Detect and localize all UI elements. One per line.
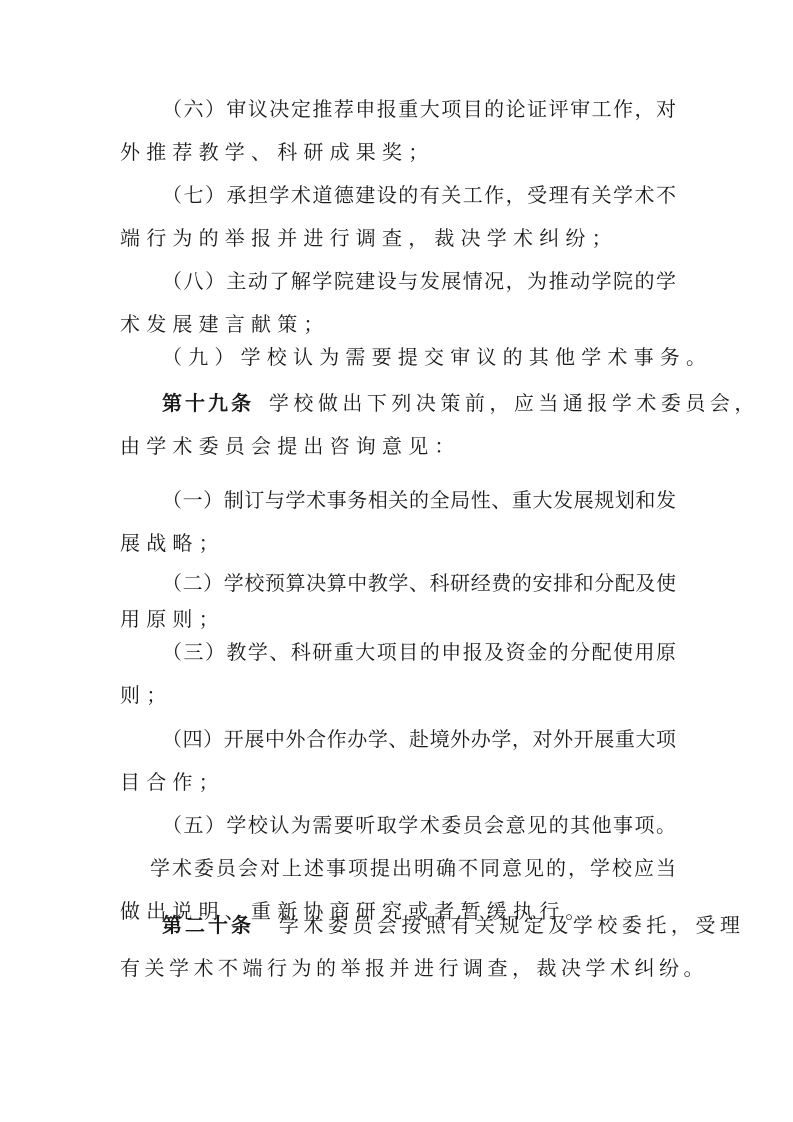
para-8-line-1: （八）主动了解学院建设与发展情况，为推动学院的学 [162,269,676,293]
item-1-line-2: 展战略； [120,531,676,555]
item-2-line-2: 用原则； [120,607,676,631]
response-line-1: 学术委员会对上述事项提出明确不同意见的，学校应当 [150,856,676,880]
para-6-line-2: 外推荐教学、科研成果奖； [120,140,676,164]
item-4-line-2: 目合作； [120,770,676,794]
article-20-line-1: 第二十条 学术委员会按照有关规定及学校委托，受理 [162,913,676,937]
para-8-line-2: 术发展建言献策； [120,312,676,336]
item-5-line-1: （五）学校认为需要听取学术委员会意见的其他事项。 [162,813,676,837]
para-6-line-1: （六）审议决定推荐申报重大项目的论证评审工作，对 [162,97,676,121]
para-7-line-2: 端行为的举报并进行调查，裁决学术纠纷； [120,226,676,250]
item-2-line-1: （二）学校预算决算中教学、科研经费的安排和分配及使 [162,571,676,595]
article-19-line-2: 由学术委员会提出咨询意见： [120,434,676,458]
article-19-text: 学校做出下列决策前，应当通报学术委员会， [269,391,759,415]
article-20-heading: 第二十条 [162,913,254,937]
article-20-line-2: 有关学术不端行为的举报并进行调查，裁决学术纠纷。 [120,956,676,980]
para-7-line-1: （七）承担学术道德建设的有关工作，受理有关学术不 [162,183,676,207]
article-19-heading: 第十九条 [162,391,254,415]
item-1-line-1: （一）制订与学术事务相关的全局性、重大发展规划和发 [162,488,676,512]
item-3-line-2: 则； [120,683,676,707]
para-9-line-1: （九）学校认为需要提交审议的其他学术事务。 [162,345,676,369]
article-19-line-1: 第十九条 学校做出下列决策前，应当通报学术委员会， [162,391,676,415]
article-20-text: 学术委员会按照有关规定及学校委托，受理 [279,913,745,937]
item-3-line-1: （三）教学、科研重大项目的申报及资金的分配使用原 [162,640,676,664]
item-4-line-1: （四）开展中外合作办学、赴境外办学，对外开展重大项 [162,727,676,751]
